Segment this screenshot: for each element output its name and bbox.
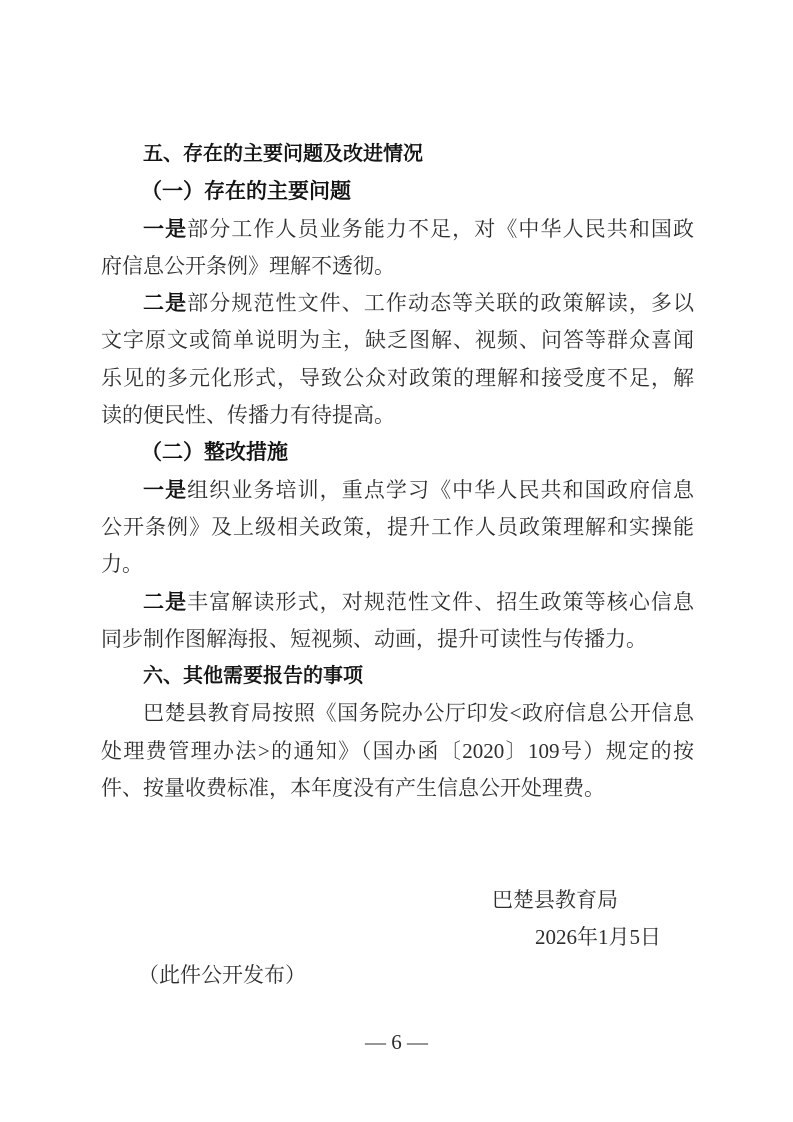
text-line: 力。 <box>101 546 694 583</box>
text-line: 府信息公开条例》理解不透彻。 <box>101 248 694 285</box>
subsection-5-2-heading: （二）整改措施 <box>101 434 694 471</box>
paragraph-other-matters: 巴楚县教育局按照《国务院办公厅印发<政府信息公开信息处理费管理办法>的通知》（国… <box>101 695 694 807</box>
paragraph-problems-1: 一是部分工作人员业务能力不足，对《中华人民共和国政府信息公开条例》理解不透彻。 <box>101 211 694 286</box>
document-body: 五、存在的主要问题及改进情况 （一）存在的主要问题 一是部分工作人员业务能力不足… <box>101 136 694 994</box>
text-line: 一是组织业务培训，重点学习《中华人民共和国政府信息 <box>101 472 694 509</box>
paragraph-problems-2: 二是部分规范性文件、工作动态等关联的政策解读，多以文字原文或简单说明为主，缺乏图… <box>101 285 694 434</box>
signature-org: 巴楚县教育局 <box>101 882 694 919</box>
signature-date: 2026年1月5日 <box>101 919 694 956</box>
paragraph-measures-1: 一是组织业务培训，重点学习《中华人民共和国政府信息公开条例》及上级相关政策，提升… <box>101 472 694 584</box>
page-number: — 6 — <box>0 1024 793 1061</box>
run-in-lead: 二是 <box>143 590 187 614</box>
section-5-heading: 五、存在的主要问题及改进情况 <box>101 136 694 173</box>
text-line: 读的便民性、传播力有待提高。 <box>101 397 694 434</box>
text-line: 乐见的多元化形式，导致公众对政策的理解和接受度不足，解 <box>101 360 694 397</box>
text-line: 公开条例》及上级相关政策，提升工作人员政策理解和实操能 <box>101 509 694 546</box>
subsection-5-1-heading: （一）存在的主要问题 <box>101 173 694 210</box>
run-in-lead: 二是 <box>143 291 187 315</box>
text-line: 处理费管理办法>的通知》（国办函〔2020〕109号）规定的按 <box>101 733 694 770</box>
section-6-heading: 六、其他需要报告的事项 <box>101 658 694 695</box>
text-line: 文字原文或简单说明为主，缺乏图解、视频、问答等群众喜闻 <box>101 322 694 359</box>
text-line: 同步制作图解海报、短视频、动画，提升可读性与传播力。 <box>101 621 694 658</box>
run-in-lead: 一是 <box>143 478 187 502</box>
publish-note: （此件公开发布） <box>101 957 694 994</box>
text-line: 二是丰富解读形式，对规范性文件、招生政策等核心信息 <box>101 584 694 621</box>
run-in-lead: 一是 <box>143 217 187 241</box>
text-line: 件、按量收费标准，本年度没有产生信息公开处理费。 <box>101 770 694 807</box>
text-line: 巴楚县教育局按照《国务院办公厅印发<政府信息公开信息 <box>101 695 694 732</box>
spacer <box>101 807 694 882</box>
text-line: 二是部分规范性文件、工作动态等关联的政策解读，多以 <box>101 285 694 322</box>
paragraph-measures-2: 二是丰富解读形式，对规范性文件、招生政策等核心信息同步制作图解海报、短视频、动画… <box>101 584 694 659</box>
text-line: 一是部分工作人员业务能力不足，对《中华人民共和国政 <box>101 211 694 248</box>
document-page: 五、存在的主要问题及改进情况 （一）存在的主要问题 一是部分工作人员业务能力不足… <box>0 0 793 1122</box>
